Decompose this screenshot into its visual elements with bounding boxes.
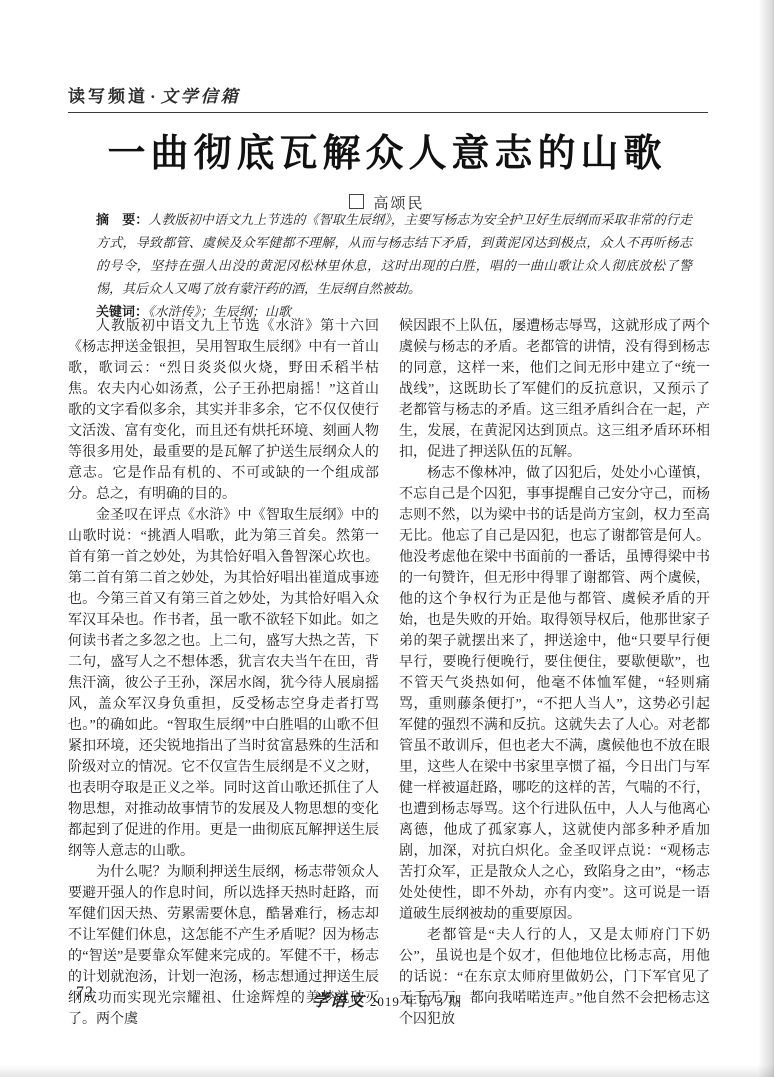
left-column: 人教版初中语文九上节选《水浒》第十六回《杨志押送金银担，吴用智取生辰纲》中有一首… bbox=[68, 316, 379, 1030]
separator-dot: · bbox=[148, 87, 161, 106]
page-header: 读写频道·文学信箱 bbox=[68, 82, 241, 107]
paragraph-continuation: 候因跟不上队伍，屡遭杨志辱骂，这就形成了两个虞候与杨志的矛盾。老都管的讲情，没有… bbox=[399, 316, 710, 463]
abstract-label: 摘 要： bbox=[96, 212, 148, 227]
journal-name: 学语文 bbox=[312, 993, 366, 1010]
section-label: 文学信箱 bbox=[161, 87, 241, 106]
right-column: 候因跟不上队伍，屡遭杨志辱骂，这就形成了两个虞候与杨志的矛盾。老都管的讲情，没有… bbox=[399, 316, 710, 1030]
article-body: 人教版初中语文九上节选《水浒》第十六回《杨志押送金银担，吴用智取生辰纲》中有一首… bbox=[68, 316, 710, 1030]
paragraph: 人教版初中语文九上节选《水浒》第十六回《杨志押送金银担，吴用智取生辰纲》中有一首… bbox=[68, 316, 379, 505]
abstract-text: 人教版初中语文九上节选的《智取生辰纲》，主要写杨志为安全护卫好生辰纲而采取非常的… bbox=[96, 212, 692, 296]
channel-label: 读写频道 bbox=[68, 87, 148, 106]
magazine-page: 读写频道·文学信箱 一曲彻底瓦解众人意志的山歌 高颂民 摘 要：人教版初中语文九… bbox=[0, 0, 774, 1077]
paragraph: 老都管是“夫人行的人，又是太师府门下奶公”，虽说也是个奴才，但他地位比杨志高，用… bbox=[399, 925, 710, 1030]
author-box-icon bbox=[349, 194, 364, 209]
journal-issue: 2019 年第 3 期 bbox=[370, 994, 462, 1009]
abstract-paragraph: 摘 要：人教版初中语文九上节选的《智取生辰纲》，主要写杨志为安全护卫好生辰纲而采… bbox=[96, 208, 692, 300]
abstract-block: 摘 要：人教版初中语文九上节选的《智取生辰纲》，主要写杨志为安全护卫好生辰纲而采… bbox=[96, 208, 692, 323]
paragraph: 金圣叹在评点《水浒》中《智取生辰纲》中的山歌时说：“挑酒人唱歌，此为第三首矣。然… bbox=[68, 505, 379, 862]
article-title: 一曲彻底瓦解众人意志的山歌 bbox=[0, 122, 774, 177]
header-divider bbox=[68, 112, 708, 113]
journal-footer: 学语文 2019 年第 3 期 bbox=[0, 988, 774, 1011]
scan-edge-bottom bbox=[0, 1065, 774, 1077]
paragraph: 杨志不像林冲，做了囚犯后，处处小心谨慎，不忘自己是个囚犯，事事提醒自己安分守己，… bbox=[399, 463, 710, 925]
